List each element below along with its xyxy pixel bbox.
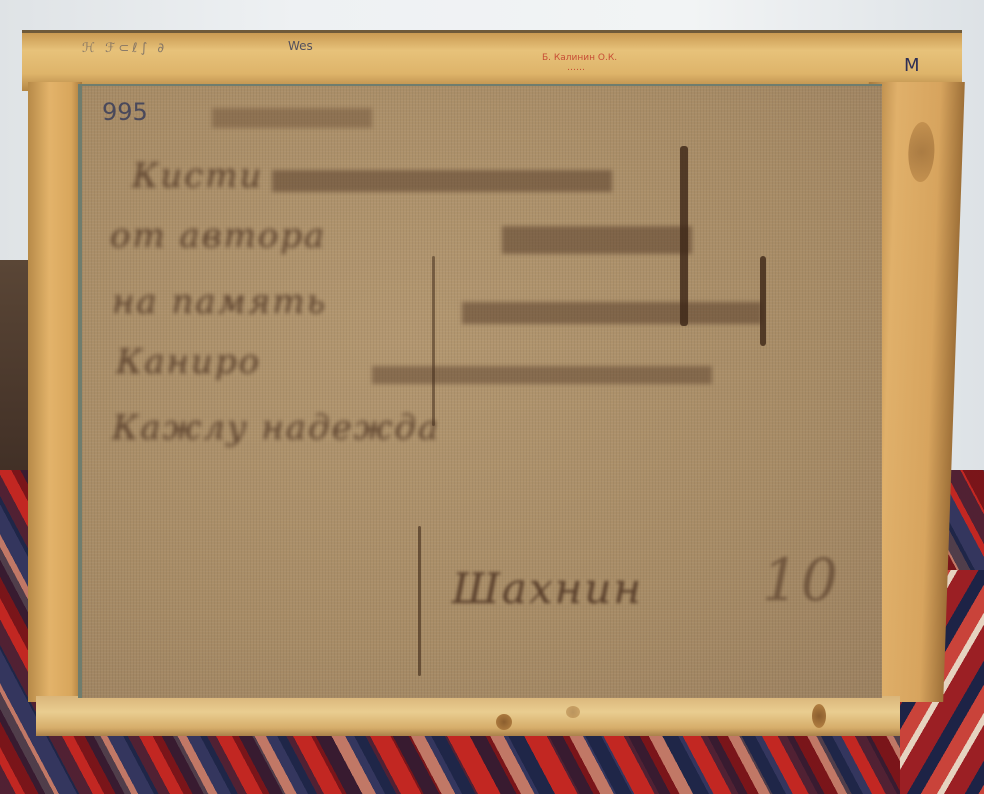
ink-smear [462, 302, 762, 324]
ink-smear [372, 366, 712, 384]
inventory-number: 995 [102, 98, 148, 126]
inscription-line-5: Кажлу надежда [112, 408, 440, 448]
pencil-wes: Wes [288, 39, 313, 53]
ink-smear [212, 108, 372, 128]
inscription-line-4: Каниро [116, 342, 261, 382]
signature-mark: 10 [762, 546, 840, 614]
inscription-line-3: на память [112, 282, 327, 322]
corner-letter: М [904, 55, 920, 76]
ink-drip [680, 146, 688, 326]
wood-knot [907, 122, 935, 182]
ink-smear [272, 170, 612, 192]
stretcher-top-rail: ℋ ℱ⊂ℓ∫ ∂ Wes Б. Калинин О.К. …… М [22, 30, 962, 91]
inscription-line-2: от автора [110, 216, 326, 256]
ink-smear [502, 226, 692, 254]
pencil-scribble: ℋ ℱ⊂ℓ∫ ∂ [82, 41, 167, 56]
canvas-back: 995 Кисти от автора на память Каниро Каж… [78, 84, 882, 698]
ink-drip [432, 256, 435, 426]
wood-knot [566, 706, 580, 718]
stretcher-left-rail [28, 82, 82, 702]
artist-signature: Шахнин [452, 564, 643, 613]
ink-drip [760, 256, 766, 346]
inscription-line-1: Кисти [132, 156, 263, 196]
wood-knot [812, 704, 826, 728]
red-subtext: …… [567, 63, 585, 73]
stretcher-bottom-rail [36, 696, 900, 736]
ink-drip [418, 526, 421, 676]
wood-knot [496, 714, 512, 730]
red-inscription: Б. Калинин О.К. [542, 53, 617, 63]
